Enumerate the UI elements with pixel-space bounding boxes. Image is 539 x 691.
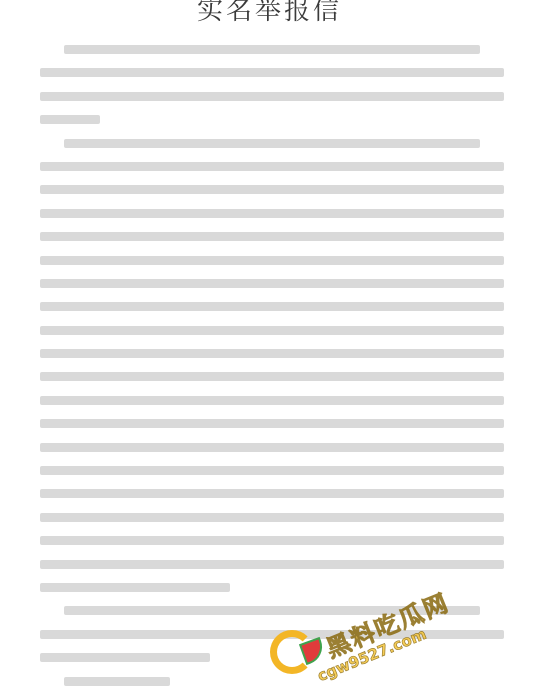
text-line <box>40 389 504 412</box>
text-line <box>40 459 504 482</box>
redacted-text <box>40 630 504 639</box>
redacted-text <box>40 466 504 475</box>
text-line <box>40 61 504 84</box>
document-page: 实名举报信 黑料吃瓜网 cgw9527.com <box>0 0 539 691</box>
text-line <box>40 436 504 459</box>
text-line <box>40 599 504 622</box>
redacted-text <box>64 45 480 54</box>
redacted-text <box>40 68 504 77</box>
redacted-text <box>40 372 504 381</box>
text-line <box>40 529 504 552</box>
paragraph-item-1 <box>40 132 504 600</box>
redacted-text <box>40 419 504 428</box>
text-line <box>40 295 504 318</box>
paragraph-item-2 <box>40 599 504 669</box>
text-line <box>40 670 504 691</box>
redacted-text <box>40 560 504 569</box>
text-line <box>40 272 504 295</box>
document-title: 实名举报信 <box>0 0 539 27</box>
redacted-text <box>40 115 100 124</box>
text-line <box>40 553 504 576</box>
redacted-text <box>40 232 504 241</box>
text-line <box>40 202 504 225</box>
text-line <box>40 85 504 108</box>
redacted-text <box>64 606 480 615</box>
redacted-text <box>40 326 504 335</box>
redacted-text <box>40 583 230 592</box>
document-body <box>40 38 504 691</box>
redacted-text <box>64 677 170 686</box>
text-line <box>40 38 504 61</box>
redacted-text <box>40 279 504 288</box>
text-line <box>40 482 504 505</box>
redacted-text <box>40 396 504 405</box>
text-line <box>40 646 504 669</box>
redacted-text <box>40 536 504 545</box>
redacted-text <box>40 302 504 311</box>
paragraph-closing <box>40 670 504 691</box>
redacted-text <box>40 162 504 171</box>
text-line <box>40 108 504 131</box>
text-line <box>40 225 504 248</box>
redacted-text <box>40 443 504 452</box>
redacted-text <box>40 256 504 265</box>
text-line <box>40 576 504 599</box>
text-line <box>40 342 504 365</box>
text-line <box>40 623 504 646</box>
text-line <box>40 132 504 155</box>
redacted-text <box>40 209 504 218</box>
text-line <box>40 412 504 435</box>
redacted-text <box>40 513 504 522</box>
redacted-text <box>40 92 504 101</box>
text-line <box>40 178 504 201</box>
redacted-text <box>40 349 504 358</box>
text-line <box>40 319 504 342</box>
redacted-text <box>40 489 504 498</box>
paragraph-intro <box>40 38 504 132</box>
text-line <box>40 249 504 272</box>
redacted-text <box>40 653 210 662</box>
redacted-text <box>40 185 504 194</box>
text-line <box>40 365 504 388</box>
redacted-text <box>64 139 480 148</box>
text-line <box>40 506 504 529</box>
text-line <box>40 155 504 178</box>
